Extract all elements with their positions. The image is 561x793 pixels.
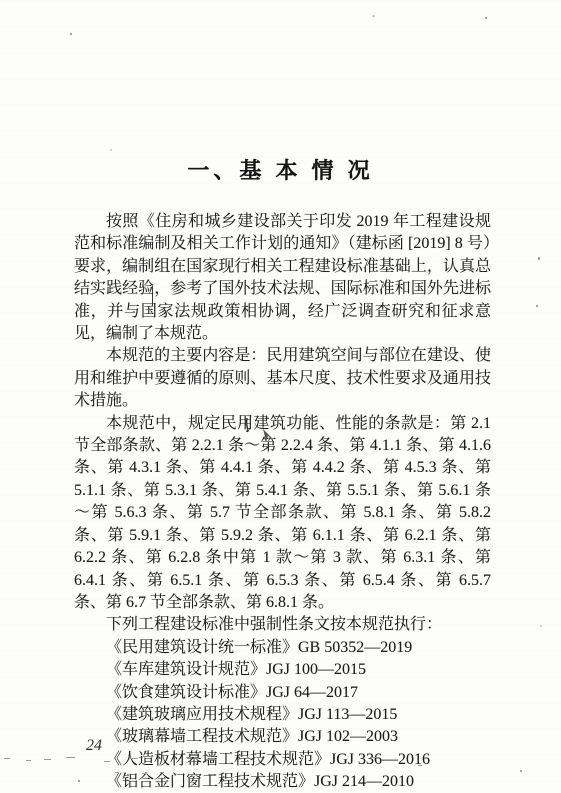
scan-noise-dash	[66, 757, 75, 758]
page-number: 24	[86, 737, 102, 755]
scan-speck	[372, 15, 375, 17]
standard-item: 《玻璃幕墙工程技术规范》JGJ 102—2003	[74, 726, 491, 748]
scan-noise-dash	[4, 758, 10, 759]
scan-noise-dash	[418, 765, 422, 766]
section-title: 一、基 本 情 况	[0, 154, 561, 185]
scan-speck	[520, 770, 522, 772]
scanned-document-page: 一、基 本 情 况 按照《住房和城乡建设部关于印发 2019 年工程建设规范和标…	[0, 0, 561, 793]
scan-speck	[538, 257, 540, 260]
body-text-block: 按照《住房和城乡建设部关于印发 2019 年工程建设规范和标准编制及相关工作计划…	[74, 211, 491, 793]
scan-noise-dash	[160, 772, 164, 773]
paragraph-main-content: 本规范的主要内容是：民用建筑空间与部位在建设、使用和维护中要遵循的原则、基本尺度…	[74, 345, 491, 412]
standard-item: 《饮食建筑设计标准》JGJ 64—2017	[74, 682, 491, 704]
paragraph-clauses: 本规范中，规定民用建筑功能、性能的条款是：第 2.1 节全部条款、第 2.2.1…	[74, 413, 491, 615]
standards-list-intro: 下列工程建设标准中强制性条文按本规范执行：	[74, 614, 491, 636]
scan-caret-artifact	[152, 286, 153, 306]
standard-item: 《人造板材幕墙工程技术规范》JGJ 336—2016	[74, 749, 491, 771]
scan-speck	[78, 780, 80, 782]
scan-noise-dash	[142, 773, 147, 774]
standards-list: 《民用建筑设计统一标准》GB 50352—2019 《车库建筑设计规范》JGJ …	[74, 637, 491, 793]
scan-speck	[485, 17, 487, 19]
scan-noise-dash	[206, 759, 216, 760]
scan-noise-dash	[230, 777, 234, 778]
scan-noise-dash	[26, 760, 31, 761]
scan-speck	[70, 33, 72, 35]
standard-item: 《铝合金门窗工程技术规范》JGJ 214—2010	[74, 771, 491, 793]
scan-noise-dash	[186, 757, 191, 758]
scan-speck	[110, 149, 112, 151]
standard-item: 《建筑玻璃应用技术规程》JGJ 113—2015	[74, 704, 491, 726]
scan-noise-dash	[208, 774, 214, 775]
scan-noise-dash	[104, 761, 110, 762]
scan-noise-dash	[115, 772, 119, 773]
text-cursor-artifact	[243, 417, 273, 445]
paragraph-basis: 按照《住房和城乡建设部关于印发 2019 年工程建设规范和标准编制及相关工作计划…	[74, 211, 491, 345]
standard-item: 《车库建筑设计规范》JGJ 100—2015	[74, 659, 491, 681]
standard-item: 《民用建筑设计统一标准》GB 50352—2019	[74, 637, 491, 659]
scan-speck	[540, 625, 542, 627]
scan-noise-dash	[370, 757, 377, 758]
scan-speck	[536, 305, 538, 307]
scan-noise-dash	[246, 758, 251, 759]
scan-noise-dash	[44, 759, 51, 760]
scan-noise-dash	[130, 758, 138, 759]
